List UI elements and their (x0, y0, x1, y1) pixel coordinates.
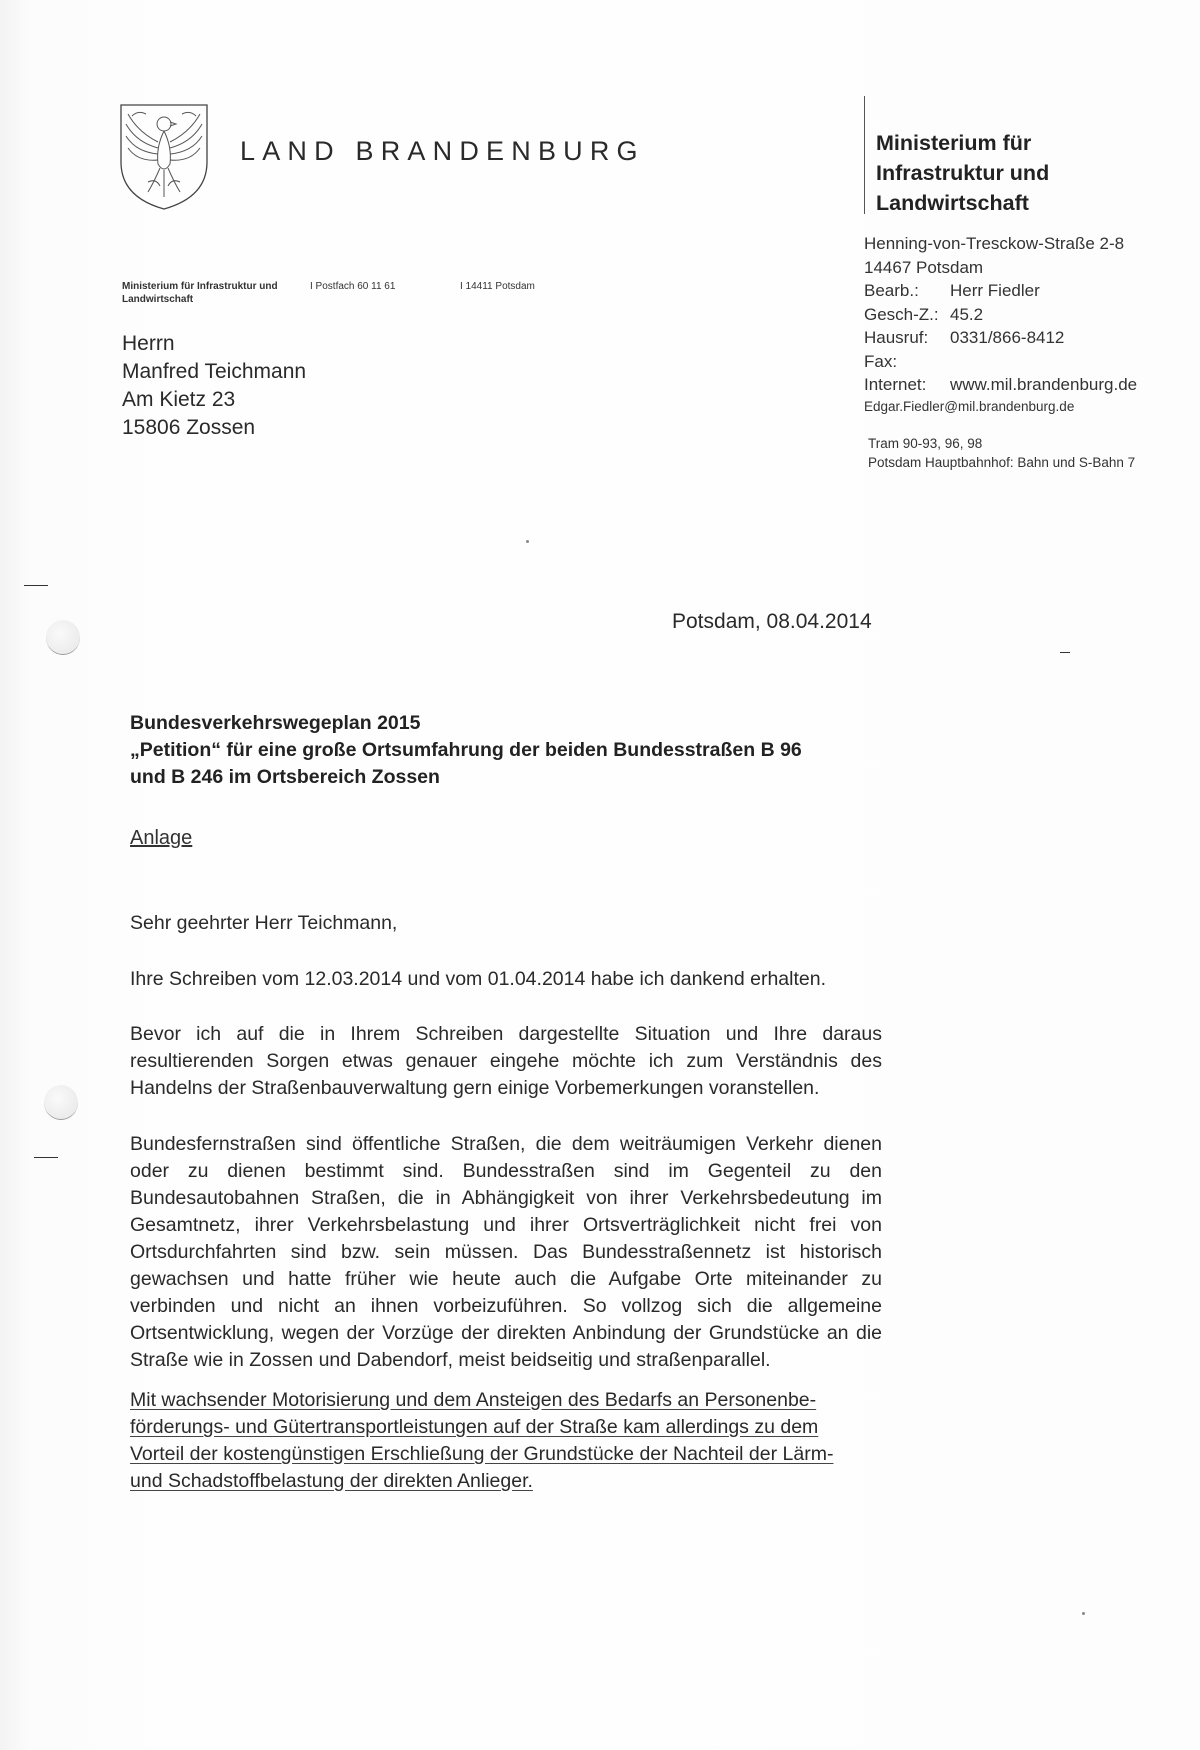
fold-mark (34, 1157, 58, 1158)
salutation: Sehr geehrter Herr Teichmann, (130, 910, 882, 937)
scan-speck (1082, 1612, 1085, 1615)
ministry-title: Ministerium für Infrastruktur und Landwi… (876, 128, 1049, 218)
ministry-street: Henning-von-Tresckow-Straße 2-8 (864, 232, 1137, 256)
enclosure-note: Anlage (130, 827, 192, 850)
brandenburg-eagle-crest-icon (118, 102, 210, 212)
paragraph-3: Bundesfernstraßen sind öffentliche Straß… (130, 1131, 882, 1374)
state-name: LAND BRANDENBURG (240, 136, 645, 167)
punch-hole (44, 1085, 78, 1120)
phone-row: Hausruf:0331/866-8412 (864, 326, 1137, 350)
letter-page: LAND BRANDENBURG Ministerium für Infrast… (0, 0, 1200, 1750)
paragraph-2: Bevor ich auf die in Ihrem Schreiben dar… (130, 1021, 882, 1102)
paragraph-1: Ihre Schreiben vom 12.03.2014 und vom 01… (130, 966, 882, 993)
ministry-city: 14467 Potsdam (864, 256, 1137, 280)
punch-hole (46, 620, 80, 655)
internet-row: Internet:www.mil.brandenburg.de (864, 373, 1137, 397)
email-link[interactable]: Edgar.Fiedler@mil.brandenburg.de (864, 397, 1137, 417)
header-divider (864, 96, 865, 214)
website-link[interactable]: www.mil.brandenburg.de (950, 375, 1137, 394)
scan-speck (526, 540, 529, 543)
recipient-address: Herrn Manfred Teichmann Am Kietz 23 1580… (122, 330, 306, 442)
fold-mark (24, 585, 48, 586)
sender-return-line: Ministerium für Infrastruktur und Landwi… (122, 280, 535, 306)
letter-date: Potsdam, 08.04.2014 (672, 610, 872, 634)
reference-row: Gesch-Z.:45.2 (864, 303, 1137, 327)
transit-info: Tram 90-93, 96, 98 Potsdam Hauptbahnhof:… (868, 434, 1135, 472)
paragraph-4-underlined: Mit wachsender Motorisierung und dem Ans… (130, 1387, 882, 1495)
contact-block: Henning-von-Tresckow-Straße 2-8 14467 Po… (864, 232, 1137, 417)
handler-row: Bearb.:Herr Fiedler (864, 279, 1137, 303)
subject-line: Bundesverkehrswegeplan 2015 „Petition“ f… (130, 710, 802, 791)
scan-mark (1060, 652, 1070, 653)
fax-row: Fax: (864, 350, 1137, 374)
